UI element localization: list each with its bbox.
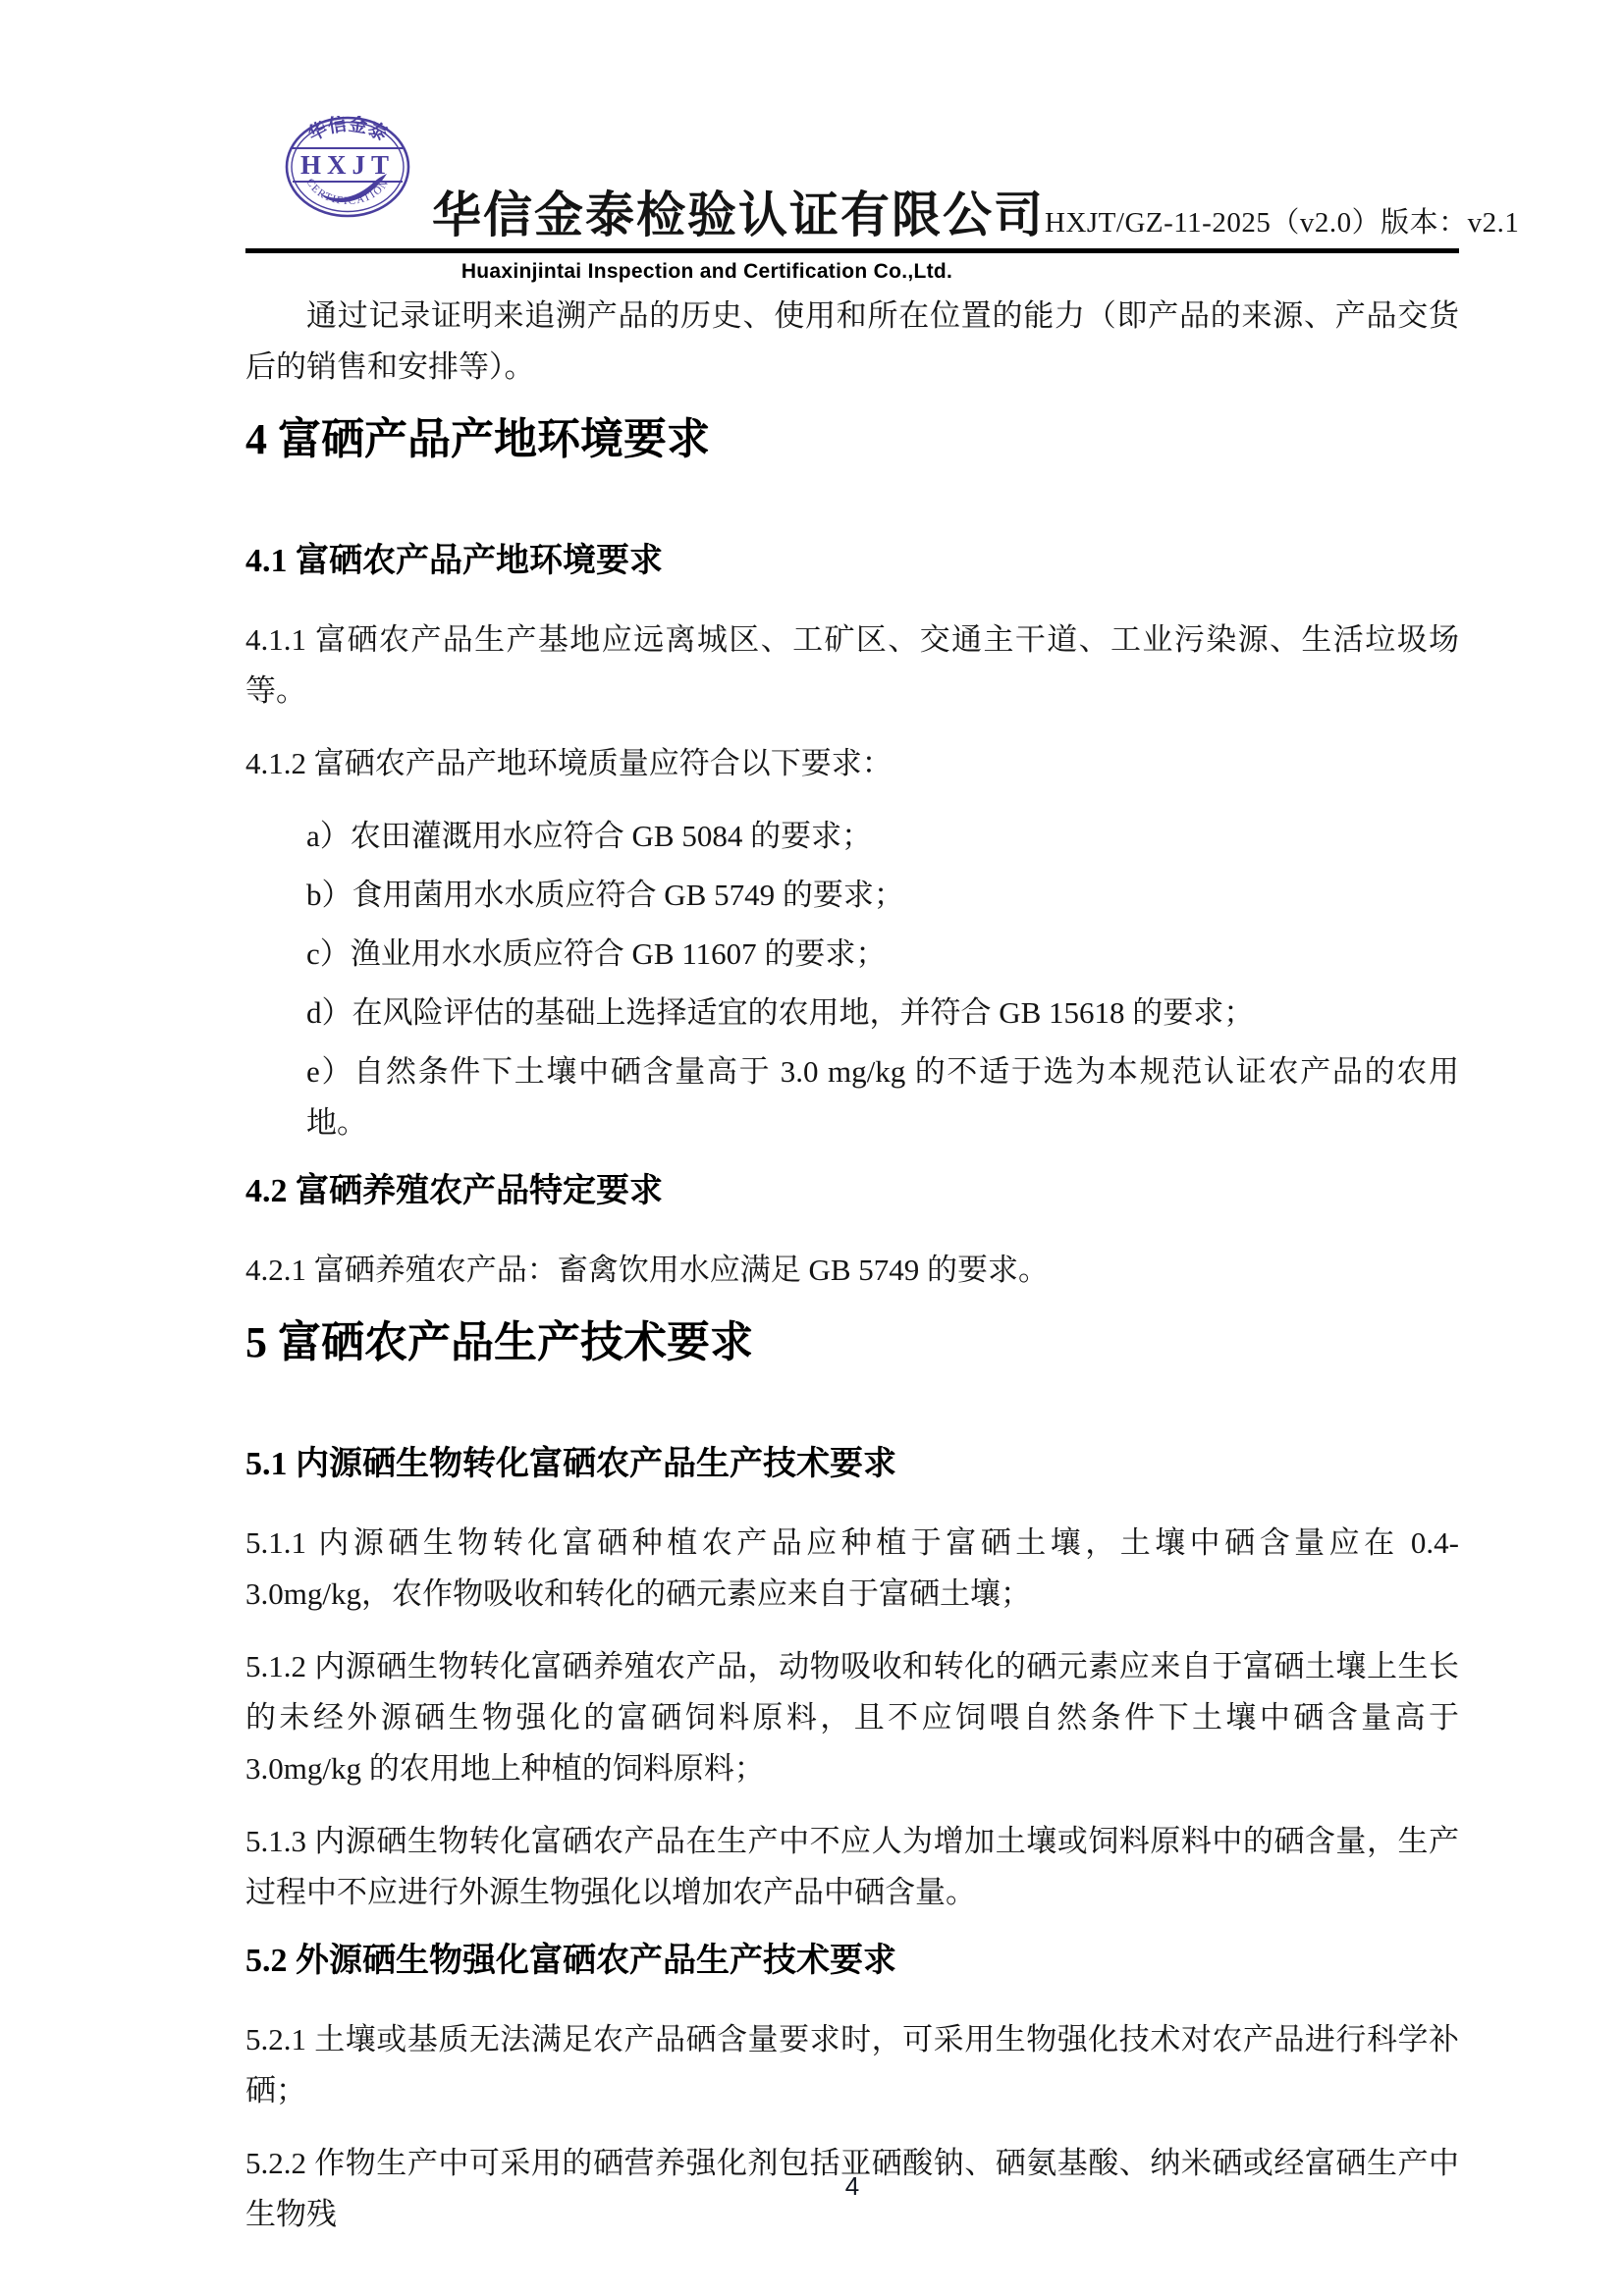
body-paragraph: 4.1.1 富硒农产品生产基地应远离城区、工矿区、交通主干道、工业污染源、生活垃… xyxy=(245,614,1459,717)
seal-acronym-text: HXJT xyxy=(300,150,395,180)
body-paragraph: 4.2.1 富硒养殖农产品：畜禽饮用水应满足 GB 5749 的要求。 xyxy=(245,1245,1459,1296)
list-item: b）食用菌用水水质应符合 GB 5749 的要求； xyxy=(245,870,1459,921)
intro-paragraph: 通过记录证明来追溯产品的历史、使用和所在位置的能力（即产品的来源、产品交货后的销… xyxy=(245,291,1459,393)
document-body: 通过记录证明来追溯产品的历史、使用和所在位置的能力（即产品的来源、产品交货后的销… xyxy=(245,291,1459,2240)
body-paragraph: 4.1.2 富硒农产品产地环境质量应符合以下要求： xyxy=(245,738,1459,789)
section-heading: 4 富硒产品产地环境要求 xyxy=(245,414,1459,465)
page-number: 4 xyxy=(245,2171,1459,2202)
list-item: e）自然条件下土壤中硒含量高于 3.0 mg/kg 的不适于选为本规范认证农产品… xyxy=(245,1046,1459,1148)
subsection-heading: 5.2 外源硒生物强化富硒农产品生产技术要求 xyxy=(245,1942,1459,1981)
company-name-en: Huaxinjintai Inspection and Certificatio… xyxy=(373,259,1041,285)
document-page: 华信金泰 HXJT CERTIFICATION 华信金泰检验认证有限公司 HXJ… xyxy=(0,0,1624,2296)
list-item: a）农田灌溉用水应符合 GB 5084 的要求； xyxy=(245,811,1459,862)
subsection-heading: 4.1 富硒农产品产地环境要求 xyxy=(245,542,1459,581)
body-paragraph: 5.1.1 内源硒生物转化富硒种植农产品应种植于富硒土壤，土壤中硒含量应在 0.… xyxy=(245,1518,1459,1620)
body-paragraph: 5.1.2 内源硒生物转化富硒养殖农产品，动物吸收和转化的硒元素应来自于富硒土壤… xyxy=(245,1641,1459,1794)
body-paragraph: 5.2.1 土壤或基质无法满足农产品硒含量要求时，可采用生物强化技术对农产品进行… xyxy=(245,2014,1459,2116)
list-item: c）渔业用水水质应符合 GB 11607 的要求； xyxy=(245,929,1459,980)
body-paragraph: 5.1.3 内源硒生物转化富硒农产品在生产中不应人为增加土壤或饲料原料中的硒含量… xyxy=(245,1816,1459,1918)
subsection-heading: 4.2 富硒养殖农产品特定要求 xyxy=(245,1172,1459,1211)
header-title-row: 华信金泰检验认证有限公司 HXJT/GZ-11-2025（v2.0）版本：v2.… xyxy=(410,187,1519,243)
company-name-cn: 华信金泰检验认证有限公司 xyxy=(432,187,1045,243)
page-header: 华信金泰 HXJT CERTIFICATION 华信金泰检验认证有限公司 HXJ… xyxy=(245,116,1459,253)
document-number: HXJT/GZ-11-2025（v2.0）版本：v2.1 xyxy=(1045,203,1519,242)
subsection-heading: 5.1 内源硒生物转化富硒农产品生产技术要求 xyxy=(245,1445,1459,1484)
section-heading: 5 富硒农产品生产技术要求 xyxy=(245,1317,1459,1368)
seal-arc-top-text: 华信金泰 xyxy=(304,116,391,145)
list-item: d）在风险评估的基础上选择适宜的农用地，并符合 GB 15618 的要求； xyxy=(245,988,1459,1039)
company-seal-logo: 华信金泰 HXJT CERTIFICATION xyxy=(285,116,410,218)
